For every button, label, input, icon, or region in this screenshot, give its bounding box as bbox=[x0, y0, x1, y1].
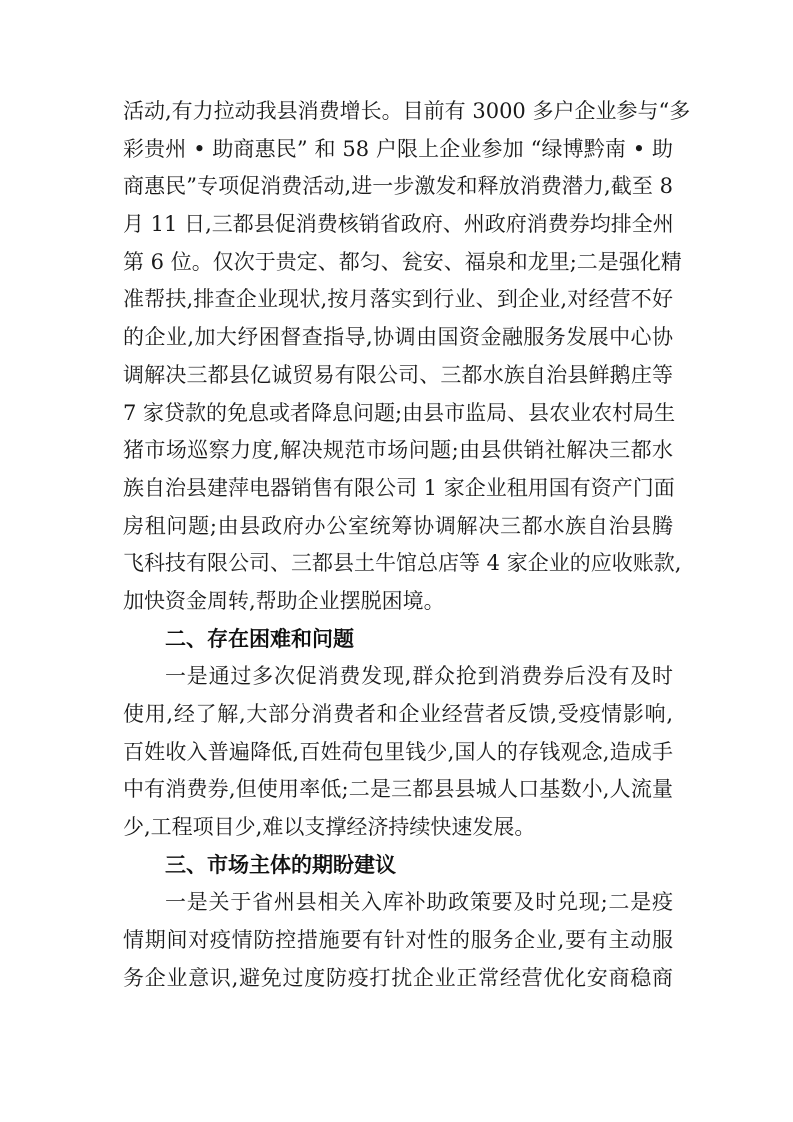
section-suggestions: 三、市场主体的期盼建议 一是关于省州县相关入库补助政策要及时兑现;二是疫 情期间… bbox=[123, 847, 673, 998]
text-line: 准帮扶,排查企业现状,按月落实到行业、到企业,对经营不好 bbox=[123, 281, 673, 319]
text-line: 的企业,加大纾困督查指导,协调由国资金融服务发展中心协 bbox=[123, 319, 673, 357]
text-line: 中有消费券,但使用率低;二是三都县县城人口基数小,人流量 bbox=[123, 771, 673, 809]
paragraph-continued: 活动,有力拉动我县消费增长。目前有 3000 多户企业参与“多 彩贵州 • 助商… bbox=[123, 93, 673, 621]
text-line: 彩贵州 • 助商惠民” 和 58 户限上企业参加 “绿博黔南 • 助 bbox=[123, 131, 673, 169]
text-line: 飞科技有限公司、三都县土牛馆总店等 4 家企业的应收账款, bbox=[123, 545, 673, 583]
text-line: 一是通过多次促消费发现,群众抢到消费券后没有及时 bbox=[123, 658, 673, 696]
text-line: 7 家贷款的免息或者降息问题;由县市监局、县农业农村局生 bbox=[123, 395, 673, 433]
text-line: 第 6 位。仅次于贵定、都匀、瓮安、福泉和龙里;二是强化精 bbox=[123, 244, 673, 282]
text-line: 情期间对疫情防控措施要有针对性的服务企业,要有主动服 bbox=[123, 922, 673, 960]
section-difficulties: 二、存在困难和问题 一是通过多次促消费发现,群众抢到消费券后没有及时 使用,经了… bbox=[123, 621, 673, 847]
text-line: 族自治县建萍电器销售有限公司 1 家企业租用国有资产门面 bbox=[123, 470, 673, 508]
text-line: 活动,有力拉动我县消费增长。目前有 3000 多户企业参与“多 bbox=[123, 93, 673, 131]
section-heading: 三、市场主体的期盼建议 bbox=[123, 847, 673, 885]
text-line: 月 11 日,三都县促消费核销省政府、州政府消费券均排全州 bbox=[123, 206, 673, 244]
text-line: 商惠民”专项促消费活动,进一步激发和释放消费潜力,截至 8 bbox=[123, 168, 673, 206]
section-heading: 二、存在困难和问题 bbox=[123, 621, 673, 659]
text-line: 使用,经了解,大部分消费者和企业经营者反馈,受疫情影响, bbox=[123, 696, 673, 734]
text-line: 百姓收入普遍降低,百姓荷包里钱少,国人的存钱观念,造成手 bbox=[123, 734, 673, 772]
text-line: 房租问题;由县政府办公室统筹协调解决三都水族自治县腾 bbox=[123, 508, 673, 546]
document-page: 活动,有力拉动我县消费增长。目前有 3000 多户企业参与“多 彩贵州 • 助商… bbox=[123, 93, 673, 998]
text-line: 调解决三都县亿诚贸易有限公司、三都水族自治县鲜鹅庄等 bbox=[123, 357, 673, 395]
text-line: 猪市场巡察力度,解决规范市场问题;由县供销社解决三都水 bbox=[123, 432, 673, 470]
text-line: 少,工程项目少,难以支撑经济持续快速发展。 bbox=[123, 809, 673, 847]
text-line: 务企业意识,避免过度防疫打扰企业正常经营优化安商稳商 bbox=[123, 960, 673, 998]
text-line: 一是关于省州县相关入库补助政策要及时兑现;二是疫 bbox=[123, 884, 673, 922]
text-line: 加快资金周转,帮助企业摆脱困境。 bbox=[123, 583, 673, 621]
